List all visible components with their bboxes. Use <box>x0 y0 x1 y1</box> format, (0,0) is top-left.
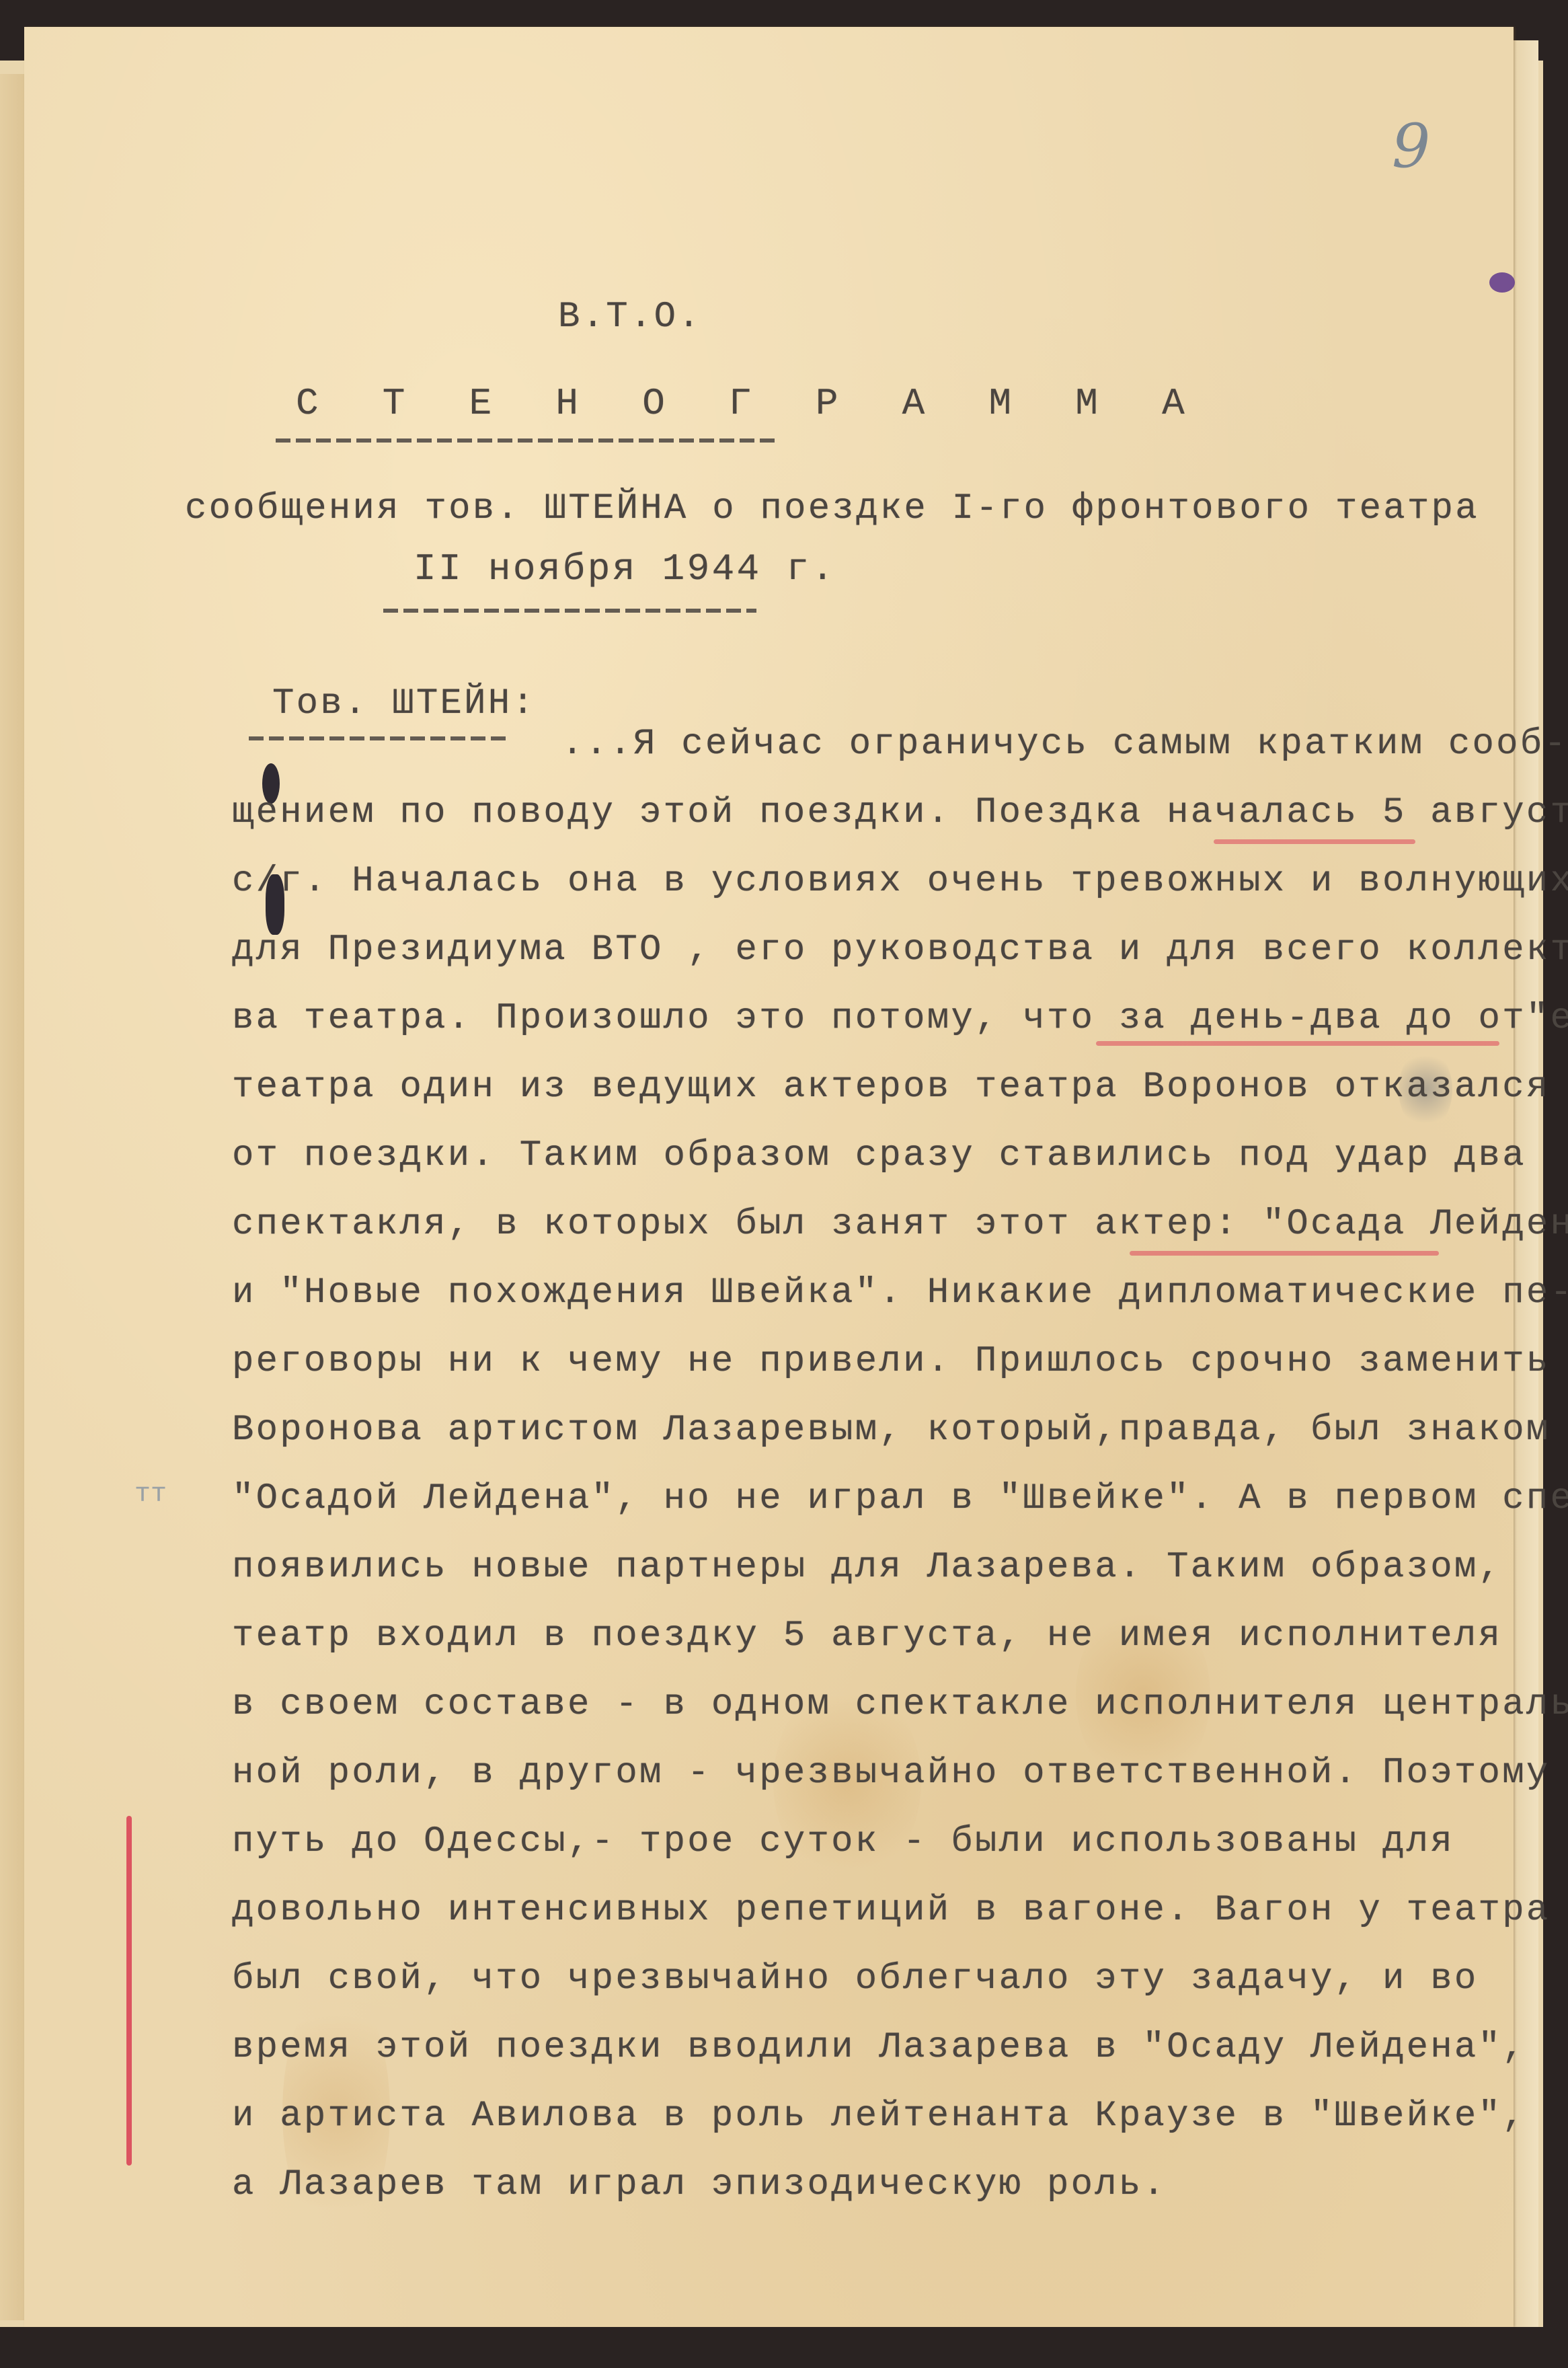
organization-header: В.Т.О. <box>558 299 702 336</box>
page-number: 9 <box>1392 111 1430 182</box>
body-line: "Осадой Лейдена", но не играл в "Швейке"… <box>232 1481 1568 1517</box>
body-line: театра один из ведущих актеров театра Во… <box>232 1069 1551 1106</box>
document-title: С Т Е Н О Г Р А М М А <box>296 385 1206 422</box>
speaker-underline <box>249 736 508 740</box>
red-margin-line <box>126 1816 132 2166</box>
body-line: время этой поездки вводили Лазарева в "О… <box>232 2030 1526 2066</box>
body-line: спектакля, в которых был занят этот акте… <box>232 1207 1568 1243</box>
body-line: в своем составе - в одном спектакле испо… <box>232 1687 1568 1723</box>
red-underline-departure <box>1096 1041 1499 1046</box>
body-line: и "Новые похождения Швейка". Никакие дип… <box>232 1275 1568 1311</box>
body-line: появились новые партнеры для Лазарева. Т… <box>232 1550 1502 1586</box>
margin-note: тт <box>134 1480 167 1510</box>
body-line: ...Я сейчас ограничусь самым кратким соо… <box>561 726 1568 763</box>
body-line: а Лазарев там играл эпизодическую роль. <box>232 2167 1167 2203</box>
body-line: с/г. Началась она в условиях очень трево… <box>232 864 1568 900</box>
previous-page-edge <box>0 74 28 2320</box>
body-line: щением по поводу этой поездки. Поездка н… <box>232 795 1568 831</box>
speaker-label: Тов. ШТЕЙН: <box>272 686 536 722</box>
document-date: II ноября 1944 г. <box>414 550 836 588</box>
date-underline <box>383 609 756 613</box>
title-underline <box>276 438 777 443</box>
body-line: для Президиума ВТО , его руководства и д… <box>232 932 1568 968</box>
red-underline-date <box>1214 839 1415 844</box>
background-bottom <box>0 2327 1568 2368</box>
body-line: Воронова артистом Лазаревым, который,пра… <box>232 1412 1568 1449</box>
body-line: ва театра. Произошло это потому, что за … <box>232 1001 1568 1037</box>
body-line: ной роли, в другом - чрезвычайно ответст… <box>232 1755 1551 1792</box>
body-line: и артиста Авилова в роль лейтенанта Крау… <box>232 2098 1526 2135</box>
body-line: театр входил в поездку 5 августа, не име… <box>232 1618 1502 1654</box>
document-subtitle: сообщения тов. ШТЕЙНА о поездке I-го фро… <box>185 491 1479 527</box>
body-line: довольно интенсивных репетиций в вагоне.… <box>232 1893 1551 1929</box>
next-pages-edge <box>1512 40 1538 2327</box>
body-line: путь до Одессы,- трое суток - были испол… <box>232 1824 1454 1860</box>
body-line: был свой, что чрезвычайно облегчало эту … <box>232 1961 1479 1997</box>
ink-mark <box>1489 272 1515 293</box>
body-line: от поездки. Таким образом сразу ставилис… <box>232 1138 1526 1174</box>
red-underline-play-title <box>1130 1251 1439 1256</box>
body-line: реговоры ни к чему не привели. Пришлось … <box>232 1344 1551 1380</box>
